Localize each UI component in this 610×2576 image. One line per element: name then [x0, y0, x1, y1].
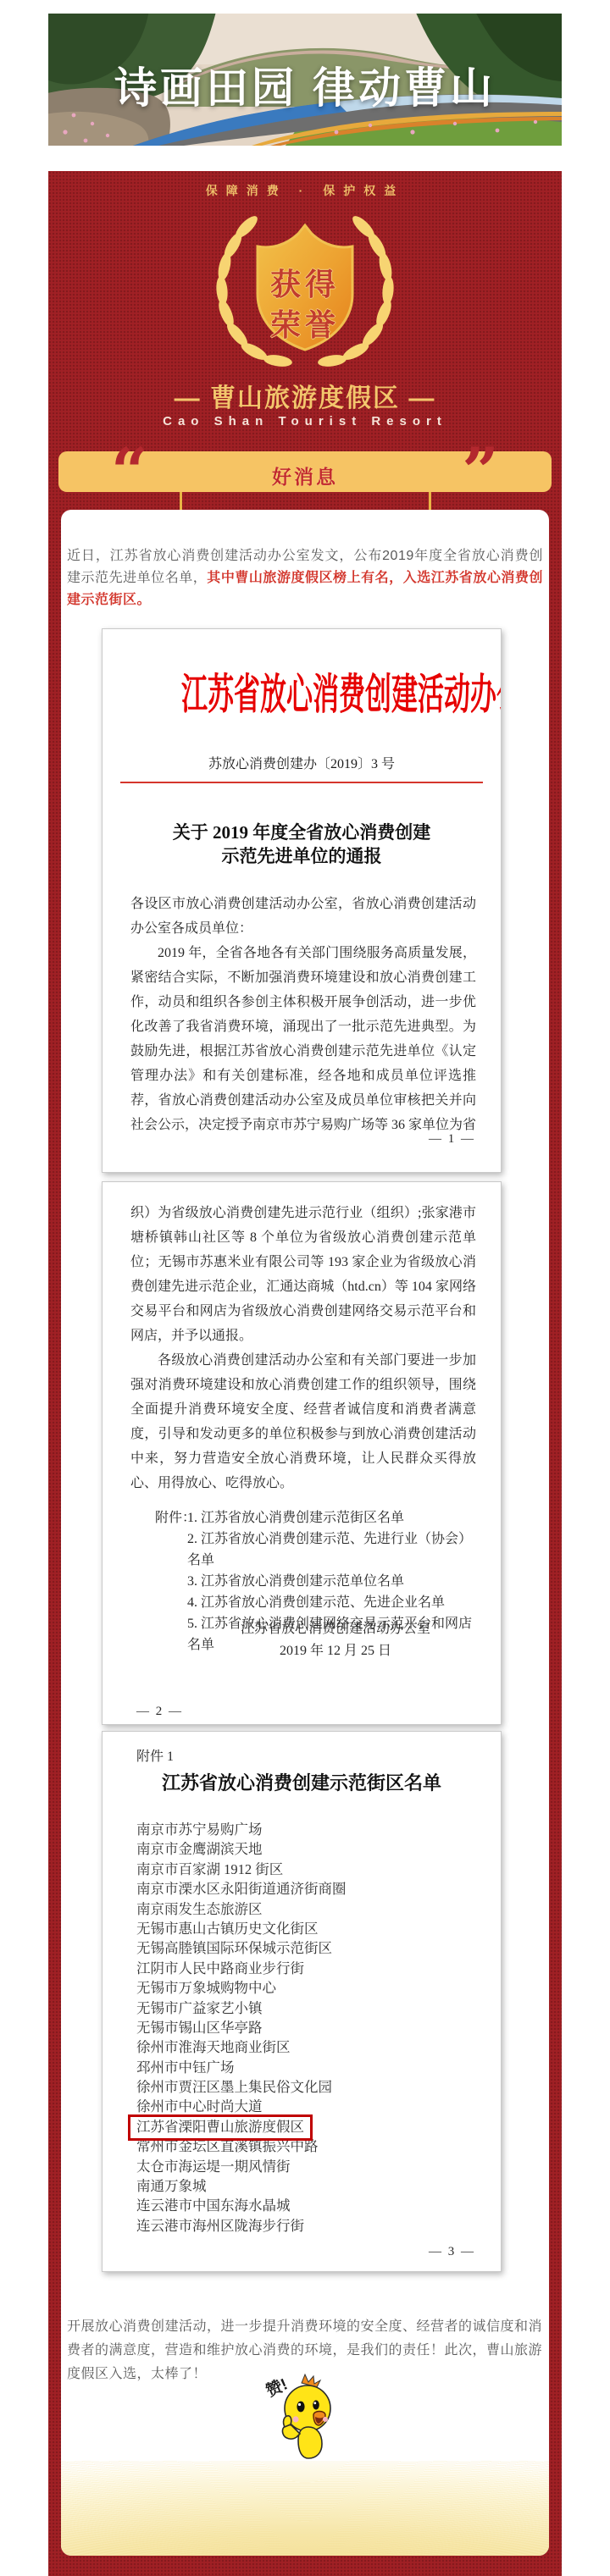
badge-text-line1: 获得 — [203, 261, 407, 304]
mascot-chick: 赞! — [261, 2373, 339, 2461]
honor-badge: 获得 荣誉 — [203, 213, 407, 374]
attachment-item: 2. 江苏省放心消费创建示范、先进行业（协会）名单 — [187, 1528, 476, 1571]
hero-photo-banner: 诗画田园 律动曹山 — [48, 14, 562, 146]
doc-body-continued: 织）为省级放心消费创建先进示范行业（组织）;张家港市塘桥镇韩山社区等 8 个单位… — [130, 1201, 476, 1348]
street-item: 南京市溧水区永阳街道通济街商圈 — [136, 1879, 484, 1899]
street-item: 无锡市广益家艺小镇 — [136, 1998, 484, 2018]
bottom-arc-decoration — [61, 2461, 549, 2556]
street-item: 南京市百家湖 1912 街区 — [136, 1860, 484, 1879]
doc-number: 苏放心消费创建办〔2019〕3 号 — [103, 753, 501, 772]
resort-name: — 曹山旅游度假区 — — [48, 377, 562, 414]
banner-title: 诗画田园 律动曹山 — [48, 54, 562, 115]
street-item: 江阴市人民中路商业步行街 — [136, 1959, 484, 1978]
attachment-item: 1. 江苏省放心消费创建示范街区名单 — [187, 1507, 476, 1528]
street-list-before: 南京市苏宁易购广场南京市金鹰湖滨天地南京市百家湖 1912 街区南京市溧水区永阳… — [136, 1820, 484, 2117]
street-item: 南京市苏宁易购广场 — [136, 1820, 484, 1839]
doc-header-title: 江苏省放心消费创建活动办公室文件 — [181, 668, 422, 721]
page-number-1: — 1 — — [429, 1132, 475, 1147]
street-list-after: 常州市金坛区直溪镇振兴中路太仓市海运堤一期风情街南通万象城连云港市中国东海水晶城… — [136, 2137, 484, 2236]
sign-date: 2019 年 12 月 25 日 — [170, 1640, 501, 1662]
street-item: 邳州市中钰广场 — [136, 2058, 484, 2077]
document-page-2: 织）为省级放心消费创建先进示范行业（组织）;张家港市塘桥镇韩山社区等 8 个单位… — [102, 1181, 502, 1725]
badge-text-line2: 荣誉 — [203, 301, 407, 345]
street-item: 南京雨发生态旅游区 — [136, 1899, 484, 1919]
street-item: 无锡市惠山古镇历史文化街区 — [136, 1919, 484, 1938]
resort-name-english: Cao Shan Tourist Resort — [48, 414, 562, 428]
slogan-text: 保障消费 · 保护权益 — [48, 182, 562, 199]
doc-title-line1: 关于 2019 年度全省放心消费创建 — [103, 821, 501, 844]
highlighted-street-row: 江苏省溧阳曹山旅游度假区 — [136, 2117, 484, 2137]
doc-title: 关于 2019 年度全省放心消费创建 示范先进单位的通报 — [103, 821, 501, 868]
signer-name: 江苏省放心消费创建活动办公室 — [170, 1618, 501, 1640]
street-item: 南京市金鹰湖滨天地 — [136, 1839, 484, 1859]
thumbs-up-chick-icon: 赞! — [261, 2373, 339, 2461]
document-page-1: 江苏省放心消费创建活动办公室文件 苏放心消费创建办〔2019〕3 号 关于 20… — [102, 628, 502, 1173]
intro-paragraph: 近日，江苏省放心消费创建活动办公室发文，公布2019年度全省放心消费创建示范先进… — [67, 545, 543, 611]
doc-page2-body: 织）为省级放心消费创建先进示范行业（组织）;张家港市塘桥镇韩山社区等 8 个单位… — [130, 1201, 476, 1495]
street-item: 无锡市万象城购物中心 — [136, 1978, 484, 1998]
article-page: 诗画田园 律动曹山 保障消费 · 保护权益 — [0, 0, 610, 2576]
doc-body-paragraph: 2019 年，全省各地各有关部门围绕服务高质量发展，紧密结合实际，不断加强消费环… — [130, 941, 476, 1139]
street-item: 徐州市贾汪区墨上集民俗文化园 — [136, 2077, 484, 2097]
street-item: 南通万象城 — [136, 2176, 484, 2196]
street-list-title: 江苏省放心消费创建示范街区名单 — [103, 1769, 501, 1795]
doc-body-paragraph2: 各级放心消费创建活动办公室和有关部门要进一步加强对消费环境建设和放心消费创建工作… — [130, 1348, 476, 1495]
good-news-banner: “ 好消息 ” — [58, 451, 552, 492]
doc-salutation: 各设区市放心消费创建活动办公室，省放心消费创建活动办公室各成员单位： — [130, 892, 476, 941]
street-item: 连云港市海州区陇海步行街 — [136, 2216, 484, 2236]
doc-red-divider — [120, 782, 483, 783]
highlighted-street: 江苏省溧阳曹山旅游度假区 — [128, 2114, 313, 2141]
close-quote-icon: ” — [462, 439, 499, 504]
attachment-item: 4. 江苏省放心消费创建示范、先进企业名单 — [187, 1592, 476, 1613]
street-item: 连云港市中国东海水晶城 — [136, 2196, 484, 2215]
street-item: 无锡高塍镇国际环保城示范街区 — [136, 1938, 484, 1958]
street-item: 太仓市海运堤一期风情街 — [136, 2157, 484, 2176]
content-card: 近日，江苏省放心消费创建活动办公室发文，公布2019年度全省放心消费创建示范先进… — [61, 510, 549, 2556]
attachment1-label: 附件 1 — [136, 1745, 174, 1765]
street-item: 无锡市锡山区华亭路 — [136, 2018, 484, 2037]
page-number-3: — 3 — — [429, 2245, 475, 2259]
red-hero-section: 保障消费 · 保护权益 — [48, 171, 562, 2576]
document-page-3: 附件 1 江苏省放心消费创建示范街区名单 南京市苏宁易购广场南京市金鹰湖滨天地南… — [102, 1731, 502, 2272]
attachments-label: 附件： — [155, 1507, 196, 1528]
mascot-exclaim-glyph: 赞! — [263, 2374, 290, 2401]
doc-title-line2: 示范先进单位的通报 — [103, 844, 501, 868]
attachment-item: 3. 江苏省放心消费创建示范单位名单 — [187, 1571, 476, 1592]
doc-page1-body: 各设区市放心消费创建活动办公室，省放心消费创建活动办公室各成员单位： 2019 … — [130, 892, 476, 1139]
street-list: 南京市苏宁易购广场南京市金鹰湖滨天地南京市百家湖 1912 街区南京市溧水区永阳… — [136, 1820, 484, 2236]
street-item: 徐州市淮海天地商业街区 — [136, 2037, 484, 2057]
signature-block: 江苏省放心消费创建活动办公室 2019 年 12 月 25 日 — [170, 1618, 501, 1662]
page-number-2: — 2 — — [136, 1705, 183, 1719]
